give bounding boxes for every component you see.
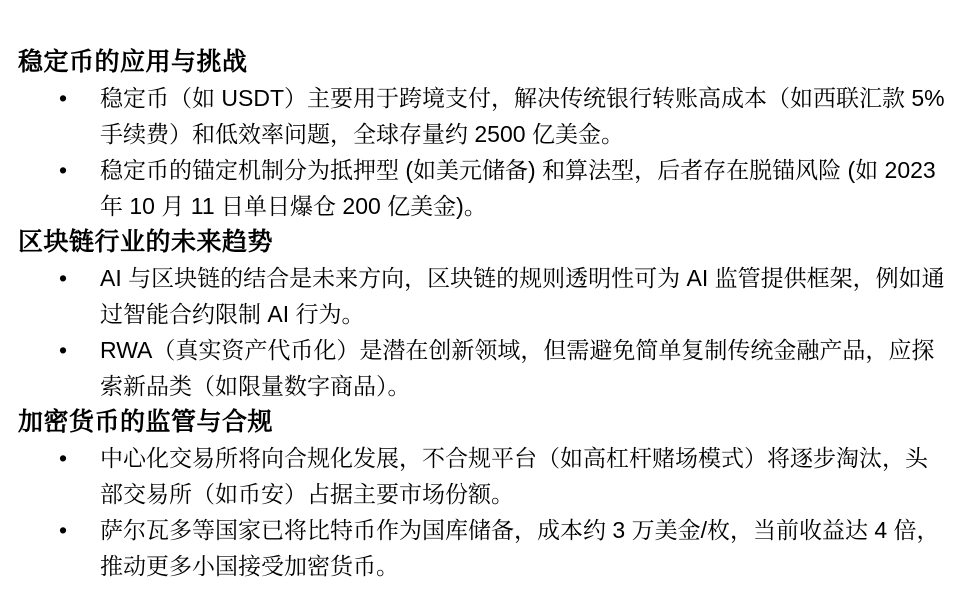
bullet-line: • 中心化交易所将向合规化发展，不合规平台（如高杠杆赌场模式）将逐步淘汰，头 [100, 440, 979, 476]
bullet-icon: • [59, 260, 67, 296]
bullet-text: 中心化交易所将向合规化发展，不合规平台（如高杠杆赌场模式）将逐步淘汰，头 [100, 445, 928, 471]
bullet-line: • AI 与区块链的结合是未来方向，区块链的规则透明性可为 AI 监管提供框架，… [100, 260, 979, 296]
bullet-text: 推动更多小国接受加密货币。 [100, 553, 399, 579]
bullet-line-continuation: 推动更多小国接受加密货币。 [100, 548, 979, 584]
bullet-text: 稳定币的锚定机制分为抵押型 (如美元储备) 和算法型，后者存在脱锚风险 (如 2… [100, 157, 936, 183]
bullet-icon: • [59, 512, 67, 548]
bullet-line-continuation: 索新品类（如限量数字商品）。 [100, 368, 979, 404]
document-page: 稳定币的应用与挑战 • 稳定币（如 USDT）主要用于跨境支付，解决传统银行转账… [0, 0, 979, 610]
section-heading-crypto-regulation: 加密货币的监管与合规 [18, 404, 979, 440]
bullet-text: 年 10 月 11 日单日爆仓 200 亿美金)。 [100, 193, 487, 219]
bullet-icon: • [59, 152, 67, 188]
bullet-line: • 萨尔瓦多等国家已将比特币作为国库储备，成本约 3 万美金/枚，当前收益达 4… [100, 512, 979, 548]
section-heading-stablecoin: 稳定币的应用与挑战 [18, 44, 979, 80]
bullet-text: 部交易所（如币安）占据主要市场份额。 [100, 481, 514, 507]
bullet-text: RWA（真实资产代币化）是潜在创新领域，但需避免简单复制传统金融产品，应探 [100, 337, 934, 363]
bullet-text: 萨尔瓦多等国家已将比特币作为国库储备，成本约 3 万美金/枚，当前收益达 4 倍… [100, 517, 940, 543]
bullet-line: • 稳定币的锚定机制分为抵押型 (如美元储备) 和算法型，后者存在脱锚风险 (如… [100, 152, 979, 188]
bullet-icon: • [59, 440, 67, 476]
bullet-text: 手续费）和低效率问题，全球存量约 2500 亿美金。 [100, 121, 624, 147]
bullet-line-continuation: 手续费）和低效率问题，全球存量约 2500 亿美金。 [100, 116, 979, 152]
bullet-line: • 稳定币（如 USDT）主要用于跨境支付，解决传统银行转账高成本（如西联汇款 … [100, 80, 979, 116]
bullet-line-continuation: 年 10 月 11 日单日爆仓 200 亿美金)。 [100, 188, 979, 224]
bullet-text: 稳定币（如 USDT）主要用于跨境支付，解决传统银行转账高成本（如西联汇款 5% [100, 85, 945, 111]
bullet-line: • RWA（真实资产代币化）是潜在创新领域，但需避免简单复制传统金融产品，应探 [100, 332, 979, 368]
bullet-line-continuation: 部交易所（如币安）占据主要市场份额。 [100, 476, 979, 512]
bullet-text: 索新品类（如限量数字商品）。 [100, 373, 411, 399]
bullet-text: AI 与区块链的结合是未来方向，区块链的规则透明性可为 AI 监管提供框架，例如… [100, 265, 945, 291]
bullet-icon: • [59, 332, 67, 368]
bullet-icon: • [59, 80, 67, 116]
bullet-text: 过智能合约限制 AI 行为。 [100, 301, 365, 327]
section-heading-blockchain-trends: 区块链行业的未来趋势 [18, 224, 979, 260]
bullet-line-continuation: 过智能合约限制 AI 行为。 [100, 296, 979, 332]
